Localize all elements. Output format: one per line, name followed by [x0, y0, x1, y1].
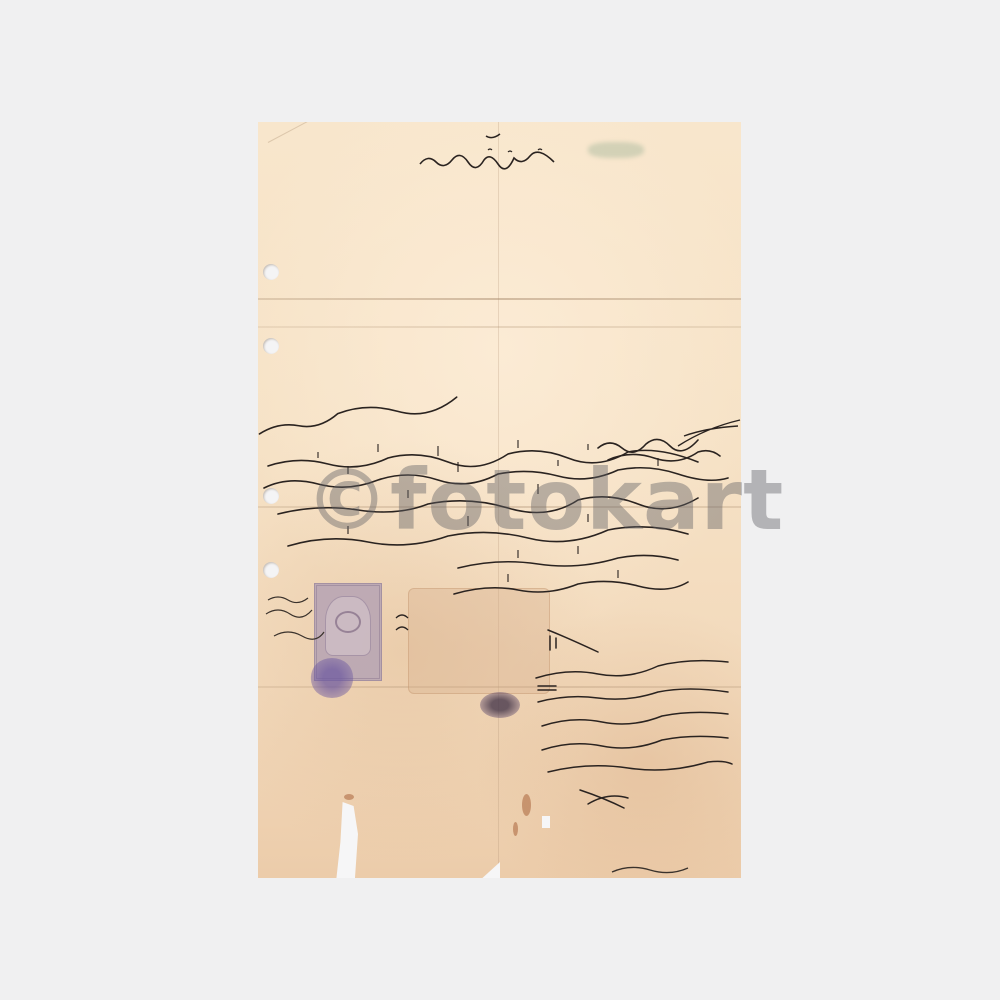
- paper-tear: [542, 816, 550, 828]
- document-sheet: دفتر خاقانى نظارت جليله سى: [258, 122, 741, 878]
- document-body-text: دولتلو افندم حضرتلرى كريم حديقه زكيه خان…: [258, 418, 738, 618]
- binder-hole: [263, 264, 279, 280]
- rust-spot: [344, 794, 354, 800]
- bottom-scribble: [610, 860, 690, 876]
- ink-seal-stamp: [310, 658, 354, 698]
- paper-tear: [336, 802, 358, 878]
- binder-hole: [263, 338, 279, 354]
- annotation-block: مربوط علم وخبرده كوسترلديكى ... محمد ١٦ …: [528, 622, 738, 812]
- margin-notes: ... ... ... ...: [264, 592, 324, 652]
- ink-seal-stamp: [480, 692, 520, 718]
- rust-spot: [513, 822, 518, 836]
- margin-notes: [394, 612, 414, 642]
- header-title: دفتر خاقانى نظارت جليله سى: [418, 146, 558, 172]
- image-viewer: دفتر خاقانى نظارت جليله سى: [0, 0, 1000, 1000]
- paper-tear: [478, 862, 500, 878]
- horizontal-fold: [258, 326, 741, 328]
- crease: [268, 122, 330, 143]
- header-mark: [484, 130, 504, 140]
- horizontal-fold: [258, 298, 741, 300]
- faded-green-mark: [588, 142, 644, 158]
